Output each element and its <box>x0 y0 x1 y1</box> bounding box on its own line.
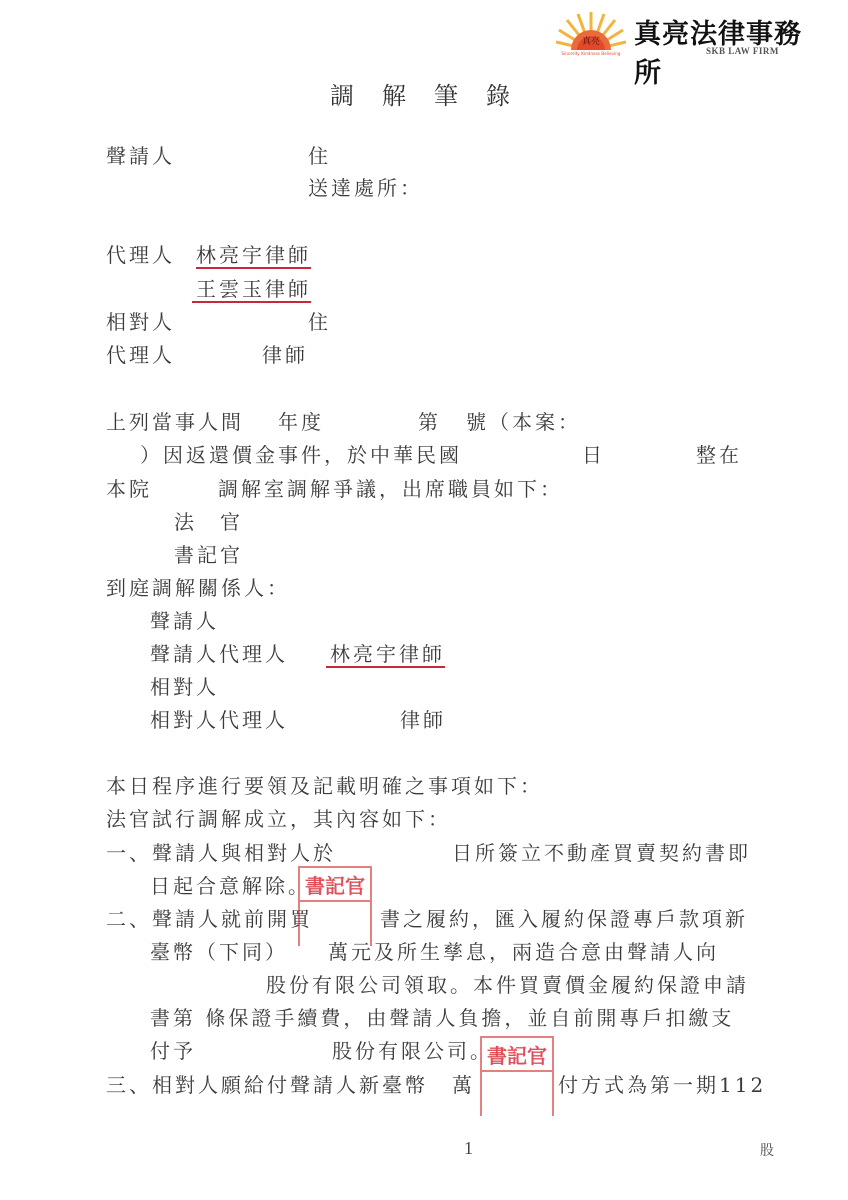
svg-text:Sincerity Kindness Believing: Sincerity Kindness Believing <box>561 51 620 56</box>
term2-line-b: 書之履約，匯入履約保證專戶款項新 <box>380 909 748 929</box>
page-number: 1 <box>464 1138 473 1159</box>
applicant-agent-label: 代理人 <box>106 245 175 265</box>
firm-name-en: SKB LAW FIRM <box>706 46 779 56</box>
term1-line-c: 日起合意解除。 <box>150 876 311 896</box>
term3-line-b: 萬 <box>452 1075 475 1095</box>
term2-line-d: 萬元及所生孳息，兩造合意由聲請人向 <box>328 942 719 962</box>
term1-line-a: 一、聲請人與相對人於 <box>106 843 336 863</box>
intro-line2-a: ）因返還價金事件，於中華民國 <box>140 445 462 465</box>
applicant-service-label: 送達處所： <box>308 178 423 198</box>
proceedings-line1: 本日程序進行要領及記載明確之事項如下： <box>106 776 543 796</box>
term3-line-c: 付方式為第一期112 <box>558 1075 766 1095</box>
applicant-label: 聲請人 <box>106 146 175 166</box>
intro-line1-c: 第 <box>418 412 441 432</box>
applicant-agent-1: 林亮宇律師 <box>196 245 311 269</box>
footer-mark: 股 <box>760 1140 774 1160</box>
clerk-seal-stamp: 書記官 <box>298 866 372 946</box>
clerk-seal-label: 書記官 <box>300 868 370 902</box>
attendee-applicant-agent-label: 聲請人代理人 <box>150 644 288 664</box>
judge-label: 法 官 <box>174 512 243 532</box>
intro-line1-a: 上列當事人間 <box>106 412 244 432</box>
attendee-respondent: 相對人 <box>150 677 219 697</box>
attendee-respondent-agent-label: 相對人代理人 <box>150 710 288 730</box>
intro-line2-c: 整在 <box>696 445 742 465</box>
respondent-address-label: 住 <box>308 312 331 332</box>
intro-line2-b: 日 <box>582 445 605 465</box>
term2-line-e: 股份有限公司領取。本件買賣價金履約保證申請 <box>266 975 749 995</box>
term2-line-a: 二、聲請人就前開買 <box>106 909 313 929</box>
clerk-seal-label: 書記官 <box>482 1038 552 1072</box>
svg-text:真亮: 真亮 <box>582 35 600 47</box>
intro-line3-a: 本院 <box>106 479 152 499</box>
applicant-address-label: 住 <box>308 146 331 166</box>
clerk-seal-stamp: 書記官 <box>480 1036 554 1116</box>
clerk-label: 書記官 <box>174 545 243 565</box>
term1-line-b: 日所簽立不動產買賣契約書即 <box>452 843 751 863</box>
attendee-applicant: 聲請人 <box>150 611 219 631</box>
intro-line3-b: 調解室調解爭議，出席職員如下： <box>218 479 563 499</box>
term2-line-f: 書第 條保證手續費，由聲請人負擔，並自前開專戶扣繳支 <box>150 1008 734 1028</box>
proceedings-line2: 法官試行調解成立，其內容如下： <box>106 809 451 829</box>
respondent-agent-suffix: 律師 <box>262 345 308 365</box>
term2-line-g: 付予 <box>150 1041 196 1061</box>
respondent-agent-label: 代理人 <box>106 345 175 365</box>
document-title: 調解筆錄 <box>330 76 538 111</box>
attendees-heading: 到庭調解關係人： <box>106 578 290 598</box>
attendee-respondent-agent-suffix: 律師 <box>400 710 446 730</box>
respondent-label: 相對人 <box>106 312 175 332</box>
applicant-agent-2: 王雲玉律師 <box>192 279 311 303</box>
term3-line-a: 三、相對人願給付聲請人新臺幣 <box>106 1075 428 1095</box>
term2-line-c: 臺幣（下同） <box>150 942 288 962</box>
law-firm-logo: 真亮 Sincerity Kindness Believing 真亮法律事務所 … <box>556 8 826 60</box>
attendee-applicant-agent-name: 林亮宇律師 <box>326 644 445 668</box>
term2-line-h: 股份有限公司。 <box>332 1041 493 1061</box>
intro-line1-d: 號（本案： <box>466 412 581 432</box>
intro-line1-b: 年度 <box>278 412 324 432</box>
sun-logo-icon: 真亮 Sincerity Kindness Believing <box>556 10 626 56</box>
